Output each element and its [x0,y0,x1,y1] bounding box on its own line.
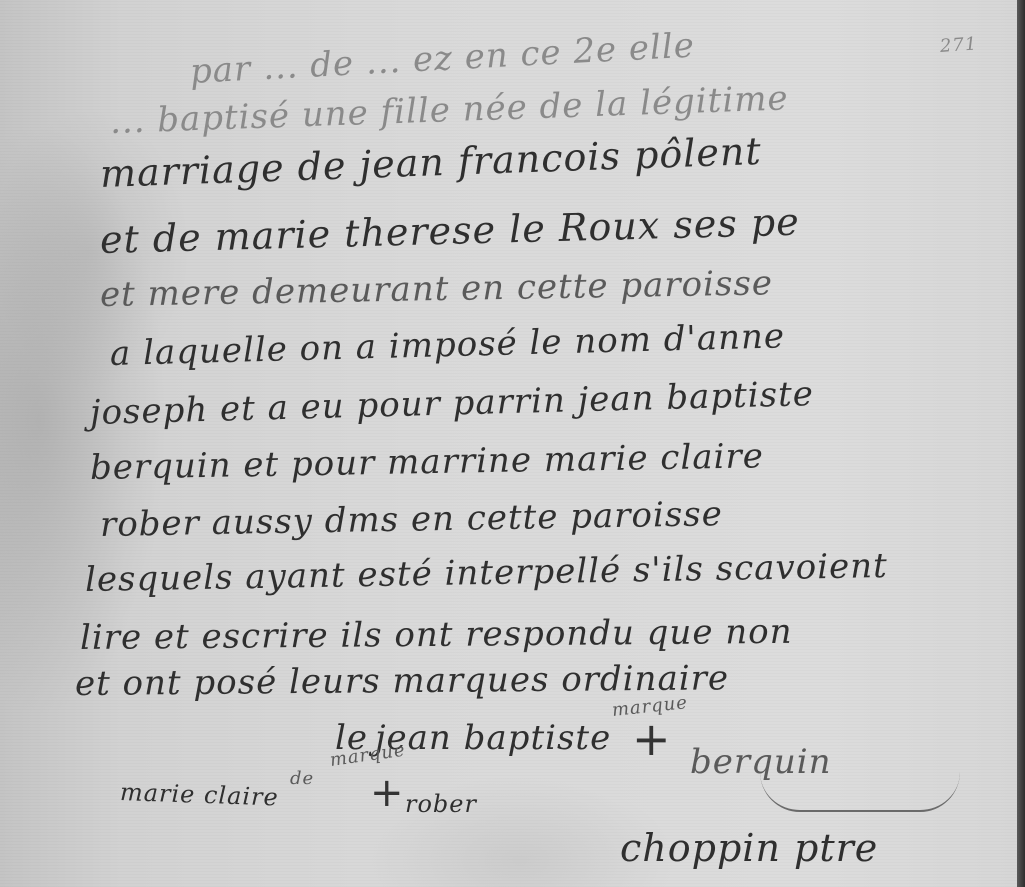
text-line-10: lesquels ayant esté interpellé s'ils sca… [85,546,888,600]
godmother-prefix: de [290,768,314,789]
text-line-3: marriage de jean francois pôlent [99,129,762,196]
scanned-register-page: 271 par ... de ... ez en ce 2e elle ... … [0,0,1025,887]
godmother-cross-mark: + [370,770,404,816]
godfather-cross-mark: + [632,712,671,766]
text-line-5: et mere demeurant en cette paroisse [100,263,774,315]
text-line-4: et de marie therese le Roux ses pe [99,200,800,262]
godmother-name-last: rober [405,790,477,818]
text-line-9: rober aussy dms en cette paroisse [100,494,724,545]
text-line-11: lire et escrire ils ont respondu que non [80,612,793,658]
text-line-6: a laquelle on a imposé le nom d'anne [109,316,785,374]
signature-flourish [760,770,960,812]
text-line-7: joseph et a eu pour parrin jean baptiste [89,374,814,433]
priest-signature: choppin ptre [620,826,878,870]
godfather-name-first: jean baptiste [375,718,611,758]
text-line-1: par ... de ... ez en ce 2e elle [189,26,696,92]
page-number-mark: 271 [939,33,978,57]
page-binding-edge [1017,0,1025,887]
text-line-8: berquin et pour marrine marie claire [90,436,764,488]
godmother-name-first: marie claire [120,778,280,812]
